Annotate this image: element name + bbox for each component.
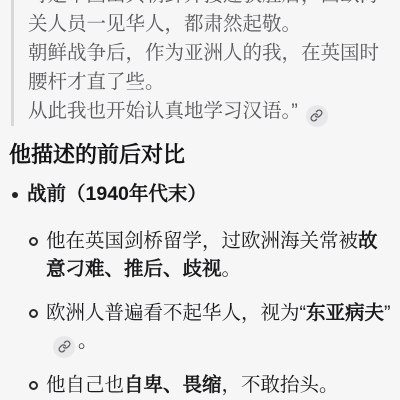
quote-line: 腰杆才直了些。 (28, 68, 400, 97)
sub-list-item-sick-man: 欧洲人普遍看不起华人，视为“东亚病夫” 。 (29, 299, 400, 358)
sub-item-text: 他在英国剑桥留学，过欧洲海关常被故 意刁难、推后、歧视。 (46, 227, 378, 283)
blockquote: 可是中国出兵朝鲜并接连获胜后，西欧海 关人员一见华人，都肃然起敬。 朝鲜战争后，… (11, 0, 400, 126)
sub-item-text: 他自己也自卑、畏缩，不敢抬头。 (46, 371, 339, 399)
bullet-icon (12, 192, 18, 198)
sub-bullet-icon (29, 237, 38, 246)
sub-bullet-icon (29, 309, 38, 318)
list-item-prewar: 战前（1940年代末） (12, 180, 400, 209)
list-item-label: 战前（1940年代末） (27, 180, 207, 209)
quote-line-text: 从此我也开始认真地学习汉语。” (28, 100, 298, 122)
chat-message-body: 可是中国出兵朝鲜并接连获胜后，西欧海 关人员一见华人，都肃然起敬。 朝鲜战争后，… (0, 0, 400, 400)
link-icon[interactable] (306, 105, 328, 127)
sub-list-item-self-abased: 他自己也自卑、畏缩，不敢抬头。 (29, 371, 400, 399)
quote-line: 从此我也开始认真地学习汉语。” (28, 97, 400, 126)
sub-item-text: 欧洲人普遍看不起华人，视为“东亚病夫” 。 (46, 299, 391, 358)
section-heading: 他描述的前后对比 (9, 140, 400, 170)
quote-line: 关人员一见华人，都肃然起敬。 (28, 10, 400, 39)
link-icon[interactable] (53, 336, 75, 358)
sub-bullet-icon (29, 381, 38, 390)
sub-list-item-customs: 他在英国剑桥留学，过欧洲海关常被故 意刁难、推后、歧视。 (29, 227, 400, 283)
quote-line: 可是中国出兵朝鲜并接连获胜后，西欧海 (28, 0, 400, 10)
quote-line: 朝鲜战争后，作为亚洲人的我，在英国时 (28, 39, 400, 68)
